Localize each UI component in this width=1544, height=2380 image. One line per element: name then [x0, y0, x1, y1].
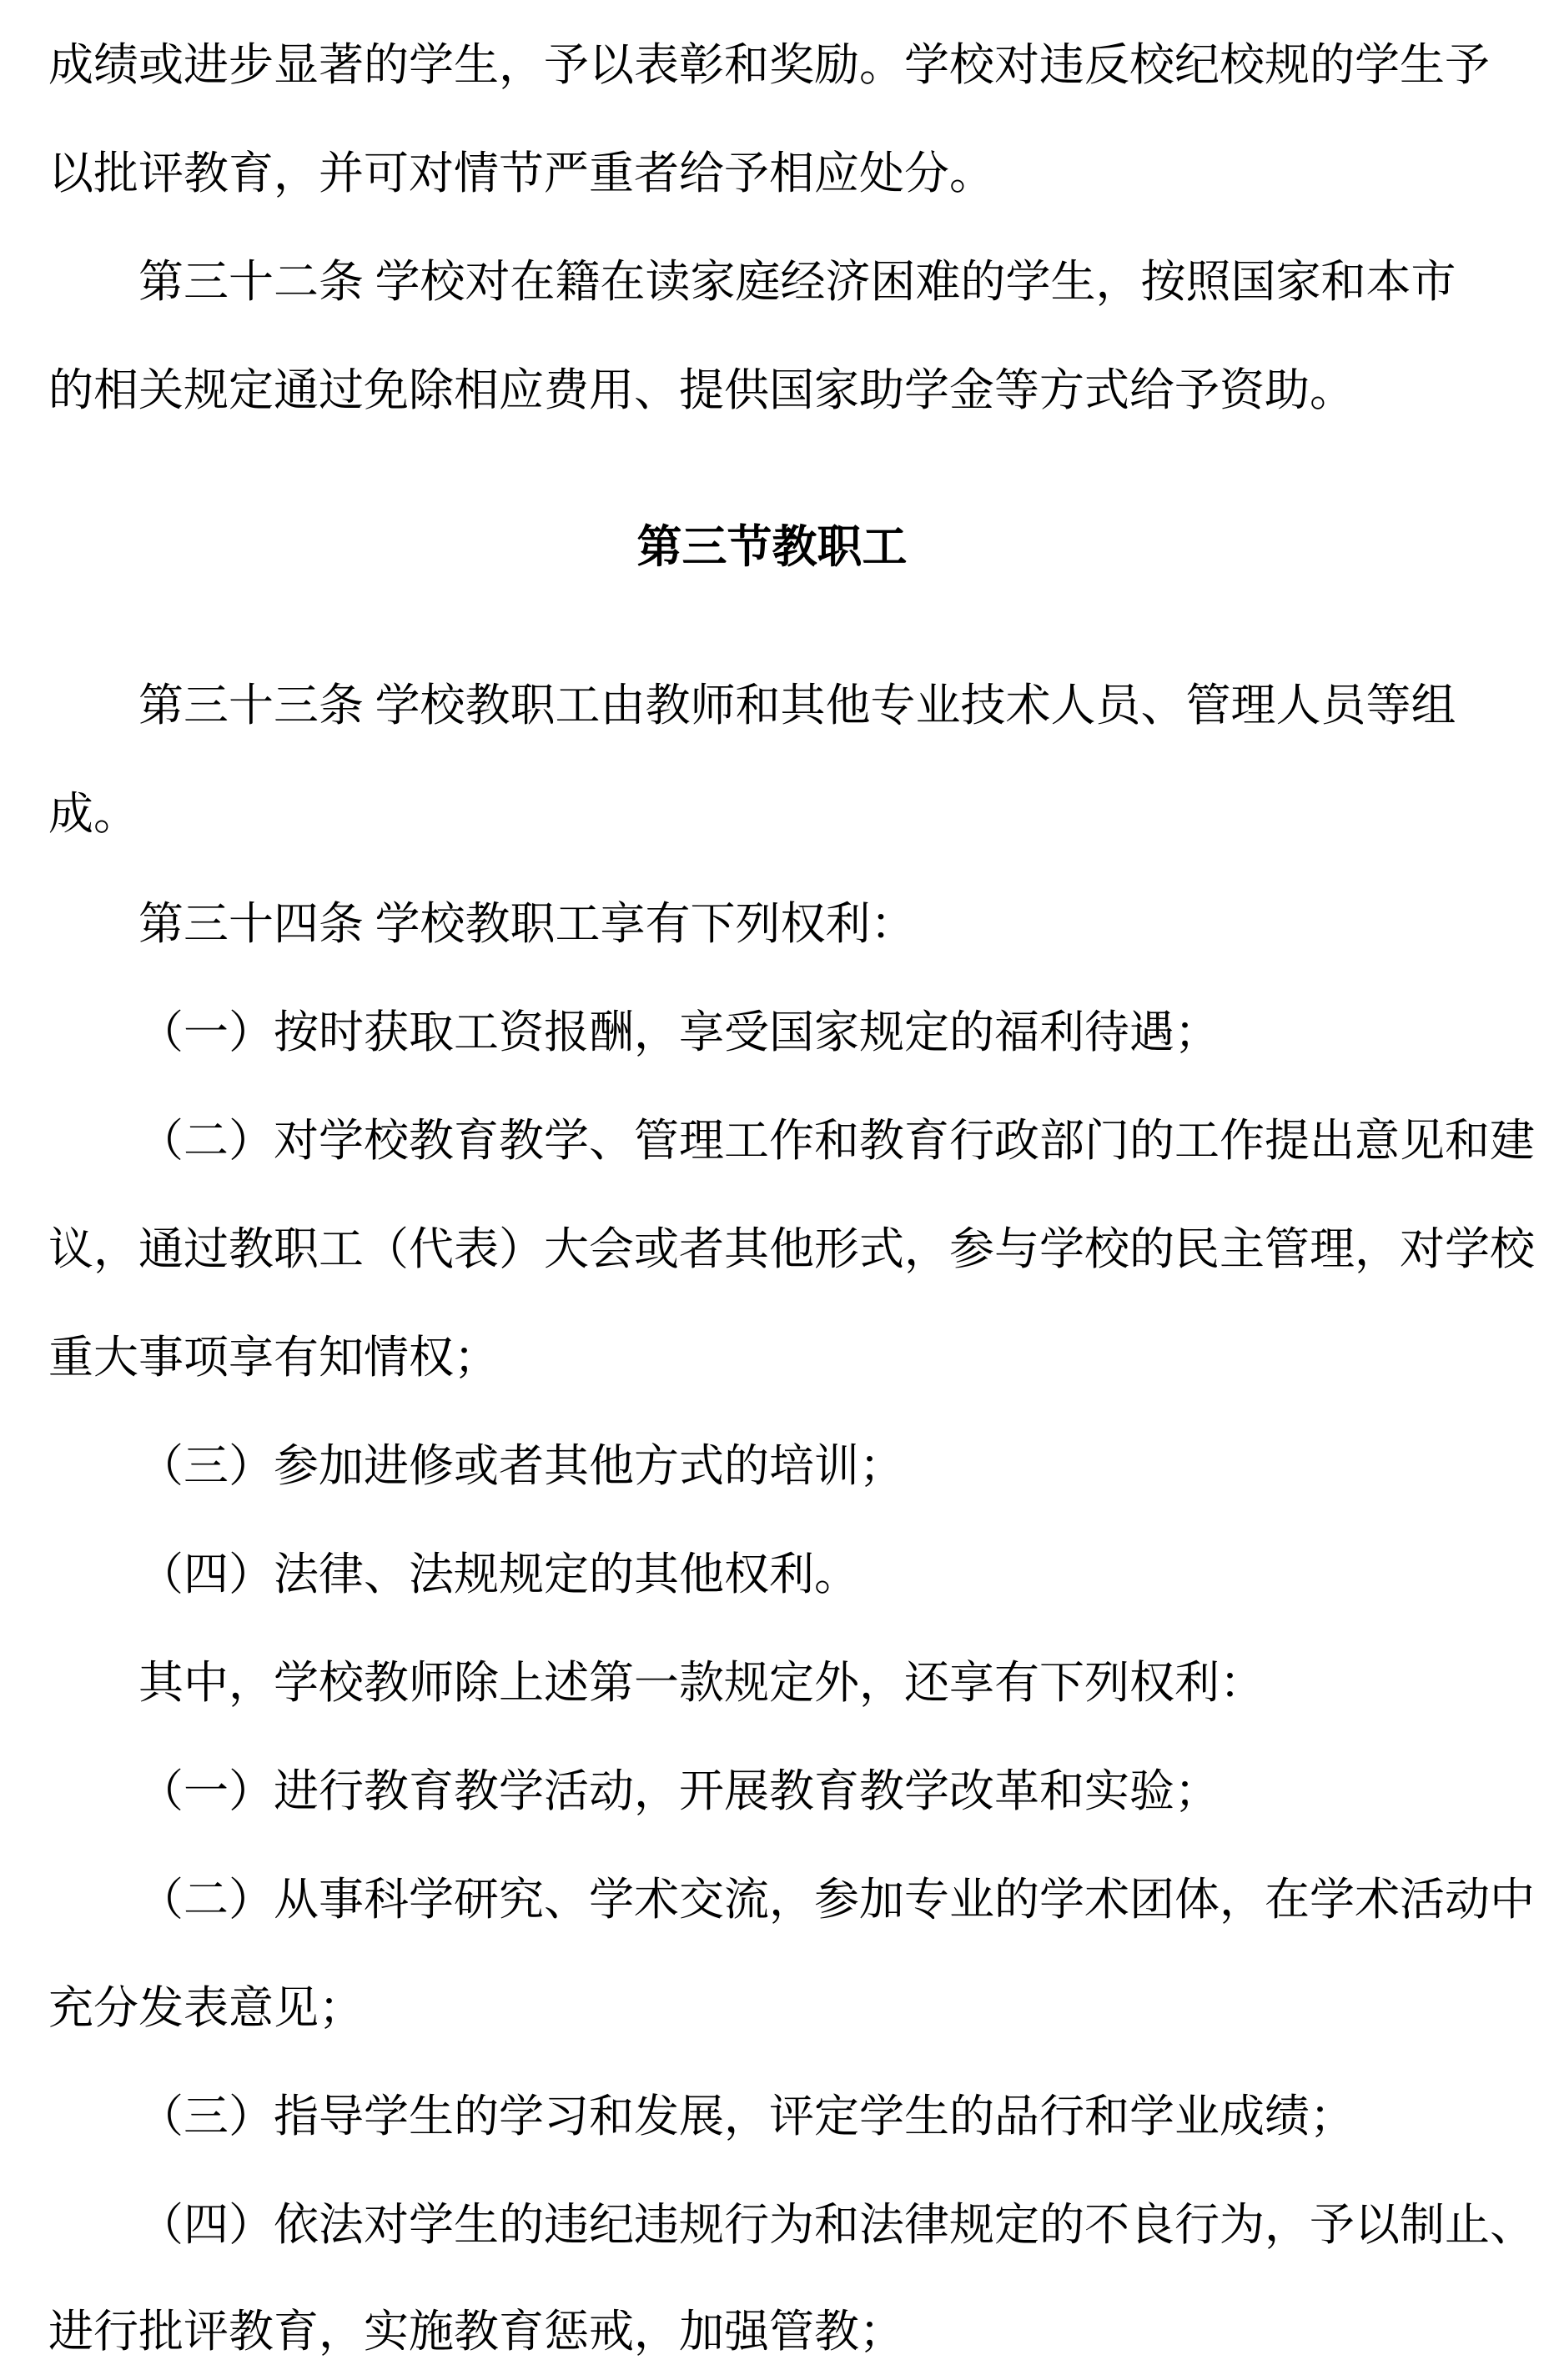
- staff-right-item: （四）法律、法规规定的其他权利。: [138, 1549, 859, 1599]
- document-page: 成绩或进步显著的学生，予以表彰和奖励。学校对违反校纪校规的学生予 以批评教育，并…: [0, 0, 1544, 2380]
- paragraph-line: 以批评教育，并可对情节严重者给予相应处分。: [48, 148, 994, 198]
- article-33-line: 成。: [48, 789, 138, 839]
- article-32-line: 的相关规定通过免除相应费用、提供国家助学金等方式给予资助。: [48, 365, 1355, 415]
- teacher-right-item: （三）指导学生的学习和发展，评定学生的品行和学业成绩；: [138, 2091, 1355, 2141]
- staff-right-item-cont: 重大事项享有知情权；: [48, 1333, 499, 1383]
- staff-right-item: （二）对学校教育教学、管理工作和教育行政部门的工作提出意见和建: [138, 1116, 1535, 1166]
- teacher-right-item: （四）依法对学生的违纪违规行为和法律规定的不良行为，予以制止、: [138, 2200, 1535, 2250]
- staff-right-item: （三）参加进修或者其他方式的培训；: [138, 1441, 904, 1491]
- teacher-right-item-cont: 充分发表意见；: [48, 1983, 364, 2033]
- teacher-right-item-cont: 进行批评教育，实施教育惩戒，加强管教；: [48, 2307, 904, 2357]
- article-34-intro: 第三十四条 学校教职工享有下列权利：: [138, 899, 916, 949]
- paragraph-line: 成绩或进步显著的学生，予以表彰和奖励。学校对违反校纪校规的学生予: [48, 40, 1490, 90]
- teacher-right-item: （二）从事科学研究、学术交流，参加专业的学术团体，在学术活动中: [138, 1875, 1535, 1925]
- article-32-line: 第三十二条 学校对在籍在读家庭经济困难的学生，按照国家和本市: [138, 257, 1456, 307]
- staff-right-item-cont: 议，通过教职工（代表）大会或者其他形式，参与学校的民主管理，对学校: [48, 1224, 1535, 1274]
- teacher-rights-intro: 其中，学校教师除上述第一款规定外，还享有下列权利：: [138, 1658, 1265, 1708]
- staff-right-item: （一）按时获取工资报酬，享受国家规定的福利待遇；: [138, 1007, 1220, 1057]
- section-heading: 第三节教职工: [0, 522, 1544, 572]
- teacher-right-item: （一）进行教育教学活动，开展教育教学改革和实验；: [138, 1766, 1220, 1816]
- article-33-line: 第三十三条 学校教职工由教师和其他专业技术人员、管理人员等组: [138, 680, 1456, 731]
